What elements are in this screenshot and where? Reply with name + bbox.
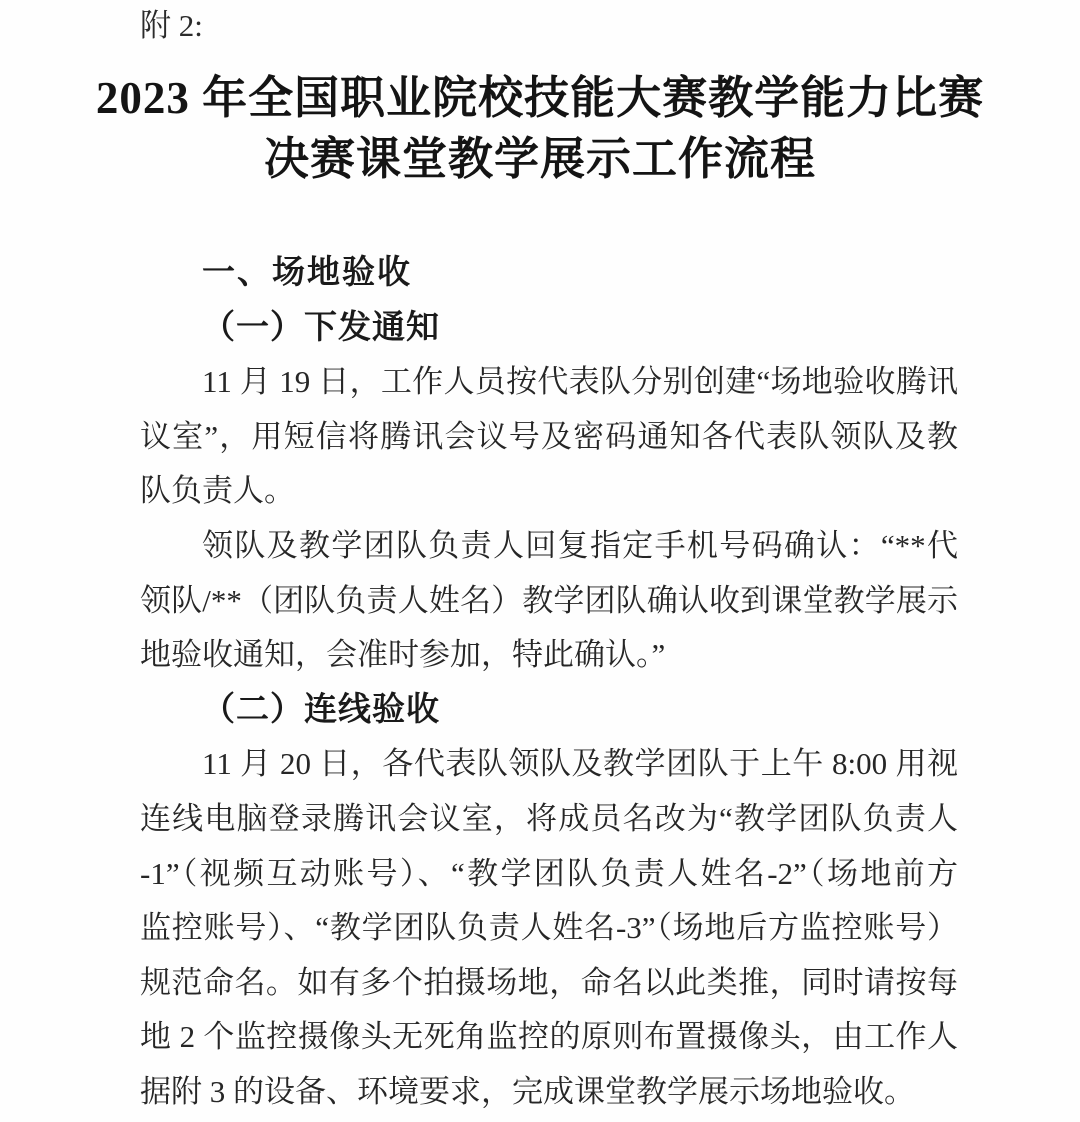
text-line: 地验收通知，会准时参加，特此确认。” [140, 628, 958, 683]
document-body: 一、场地验收 （一）下发通知 11 月 19 日，工作人员按代表队分别创建“场地… [140, 246, 958, 1120]
text-line: -1”（视频互动账号）、“教学团队负责人姓名-2”（场地前方 [140, 847, 958, 902]
text-line: 11 月 20 日，各代表队领队及教学团队于上午 8:00 用视频 [140, 737, 958, 792]
attachment-label: 附 2: [140, 6, 203, 46]
text-line: 地 2 个监控摄像头无死角监控的原则布置摄像头，由工作人员依 [140, 1010, 958, 1065]
text-line: 规范命名。如有多个拍摄场地，命名以此类推，同时请按每个场 [140, 956, 958, 1011]
section-heading-site-acceptance: 一、场地验收 [140, 246, 958, 301]
text-line: 领队/**（团队负责人姓名）教学团队确认收到课堂教学展示场 [140, 574, 958, 629]
text-line: 监控账号）、“教学团队负责人姓名-3”（场地后方监控账号） [140, 901, 958, 956]
title-line-1: 2023 年全国职业院校技能大赛教学能力比赛 [60, 68, 1020, 129]
document-page: 附 2: 2023 年全国职业院校技能大赛教学能力比赛 决赛课堂教学展示工作流程… [0, 0, 1080, 1122]
text-line: 连线电脑登录腾讯会议室，将成员名改为“教学团队负责人姓名 [140, 792, 958, 847]
text-line: 队负责人。 [140, 464, 958, 519]
text-line: 11 月 19 日，工作人员按代表队分别创建“场地验收腾讯会 [140, 355, 958, 410]
text-line: 据附 3 的设备、环境要求，完成课堂教学展示场地验收。 [140, 1065, 958, 1120]
text-line: 领队及教学团队负责人回复指定手机号码确认：“**代表队 [140, 519, 958, 574]
subsection-heading-online-acceptance: （二）连线验收 [140, 683, 958, 738]
subsection-heading-notice: （一）下发通知 [140, 301, 958, 356]
title-line-2: 决赛课堂教学展示工作流程 [60, 129, 1020, 190]
text-line: 议室”，用短信将腾讯会议号及密码通知各代表队领队及教学团 [140, 410, 958, 465]
document-title: 2023 年全国职业院校技能大赛教学能力比赛 决赛课堂教学展示工作流程 [60, 68, 1020, 190]
